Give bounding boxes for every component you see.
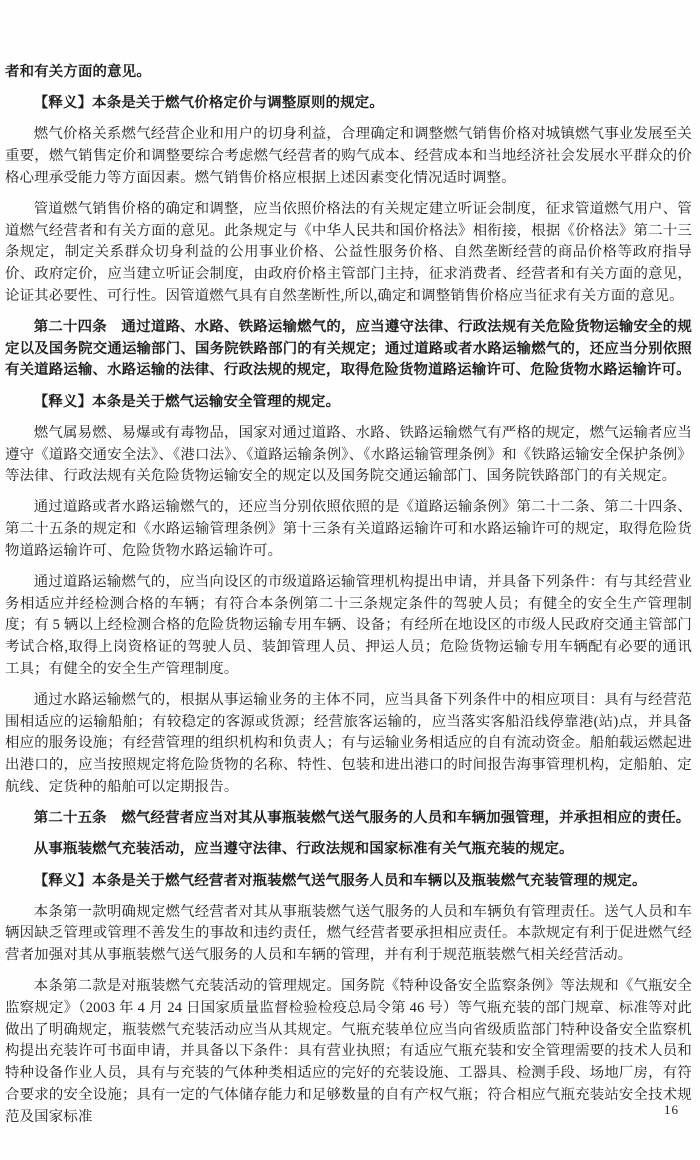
document-page: 者和有关方面的意见。【释义】本条是关于燃气价格定价与调整原则的规定。燃气价格关系… bbox=[0, 0, 700, 1160]
page-number: 16 bbox=[664, 1102, 679, 1118]
paragraph: 者和有关方面的意见。 bbox=[5, 62, 692, 84]
paragraph: 本条第一款明确规定燃气经营者对其从事瓶装燃气送气服务的人员和车辆负有管理责任。送… bbox=[5, 902, 692, 967]
paragraph: 从事瓶装燃气充装活动，应当遵守法律、行政法规和国家标准有关气瓶充装的规定。 bbox=[5, 839, 692, 861]
paragraph: 管道燃气销售价格的确定和调整，应当依照价格法的有关规定建立听证会制度，征求管道燃… bbox=[5, 199, 692, 308]
paragraph: 燃气价格关系燃气经营企业和用户的切身利益，合理确定和调整燃气销售价格对城镇燃气事… bbox=[5, 124, 692, 189]
paragraph: 第二十四条 通过道路、水路、铁路运输燃气的，应当遵守法律、行政法规有关危险货物运… bbox=[5, 317, 692, 382]
paragraph: 【释义】本条是关于燃气经营者对瓶装燃气送气服务人员和车辆以及瓶装燃气充装管理的规… bbox=[5, 871, 692, 893]
paragraph: 第二十五条 燃气经营者应当对其从事瓶装燃气送气服务的人员和车辆加强管理，并承担相… bbox=[5, 808, 692, 830]
paragraph: 通过水路运输燃气的，根据从事运输业务的主体不同，应当具备下列条件中的相应项目：具… bbox=[5, 690, 692, 799]
paragraph: 【释义】本条是关于燃气价格定价与调整原则的规定。 bbox=[5, 93, 692, 115]
paragraph: 通过道路运输燃气的，应当向设区的市级道路运输管理机构提出申请，并具备下列条件：有… bbox=[5, 572, 692, 681]
paragraph: 本条第二款是对瓶装燃气充装活动的管理规定。国务院《特种设备安全监察条例》等法规和… bbox=[5, 976, 692, 1128]
paragraph: 燃气属易燃、易爆或有毒物品，国家对通过道路、水路、铁路运输燃气有严格的规定，燃气… bbox=[5, 423, 692, 488]
document-body: 者和有关方面的意见。【释义】本条是关于燃气价格定价与调整原则的规定。燃气价格关系… bbox=[5, 62, 692, 1128]
paragraph: 【释义】本条是关于燃气运输安全管理的规定。 bbox=[5, 392, 692, 414]
paragraph: 通过道路或者水路运输燃气的，还应当分别依照依照的是《道路运输条例》第二十二条、第… bbox=[5, 497, 692, 562]
